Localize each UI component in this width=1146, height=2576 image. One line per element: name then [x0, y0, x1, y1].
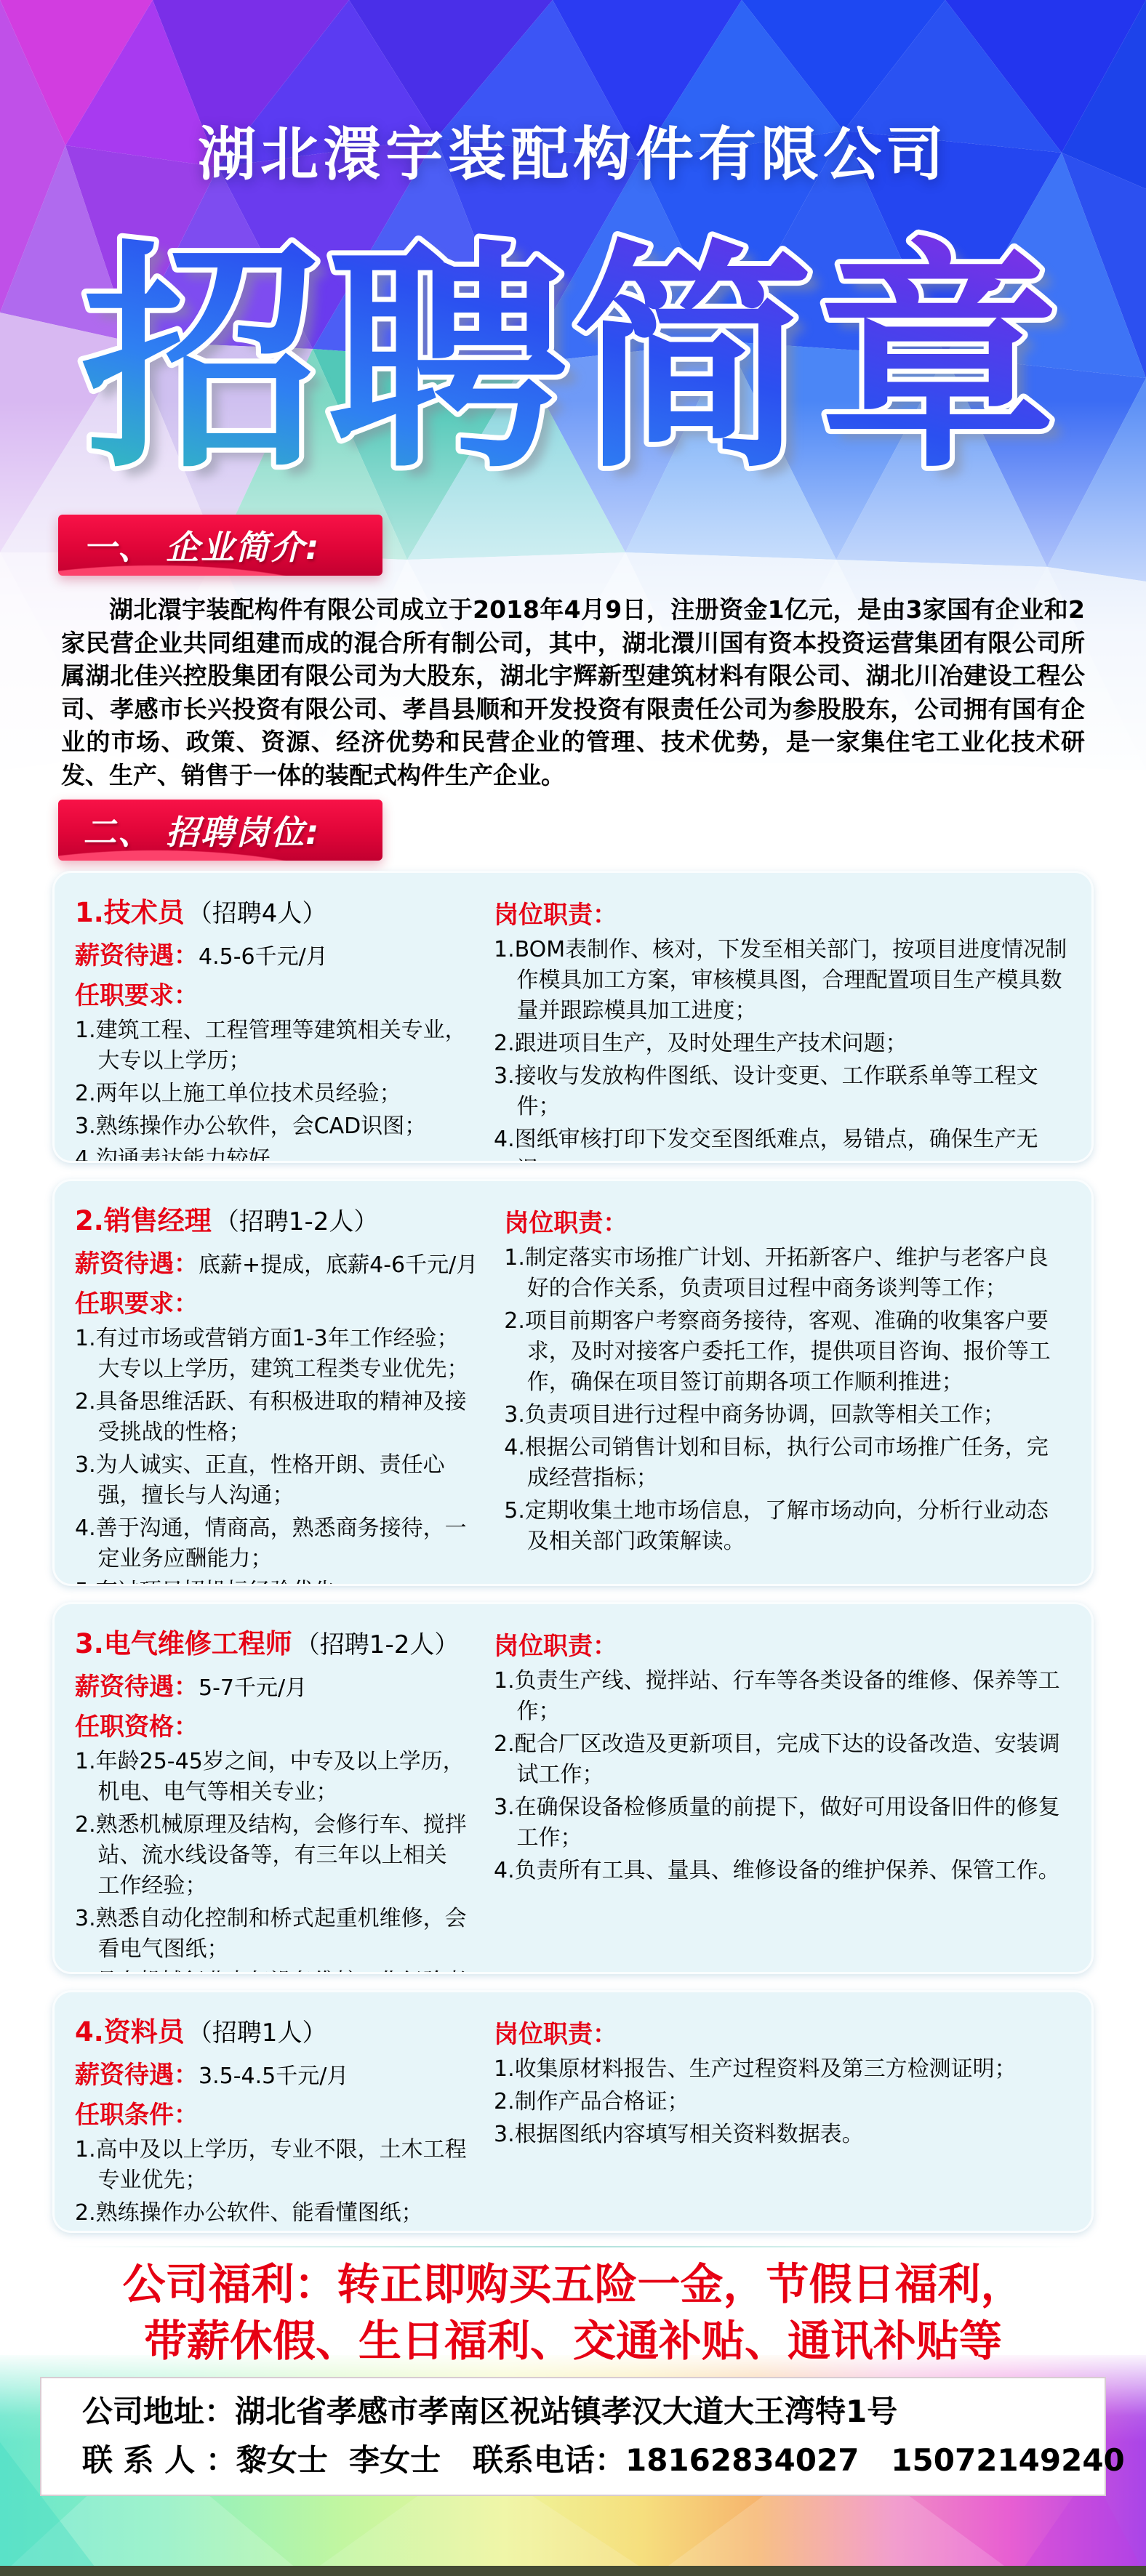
salary-value: 3.5-4.5千元/月: [199, 2064, 348, 2089]
salary-value: 5-7千元/月: [199, 1675, 307, 1701]
requirement-item: 3.熟悉自动化控制和桥式起重机维修，会看电气图纸；: [75, 1904, 468, 1965]
section-heading-intro: 一、 企业简介:: [58, 521, 320, 569]
job-title-row: 3.电气维修工程师（招聘1-2人）: [75, 1622, 468, 1661]
job-title-row: 1.技术员（招聘4人）: [75, 890, 468, 930]
requirement-item: 2.熟练操作办公软件、能看懂图纸；: [75, 2198, 468, 2229]
requirement-item: 1.有过市场或营销方面1-3年工作经验；大专以上学历，建筑工程类专业优先；: [75, 1324, 478, 1385]
salary-label: 薪资待遇：: [75, 2061, 199, 2090]
duties-label: 岗位职责：: [494, 2014, 1070, 2050]
job-card-document-clerk: 4.资料员（招聘1人） 薪资待遇：3.5-4.5千元/月 任职条件： 1.高中及…: [52, 1990, 1094, 2233]
duty-item: 3.接收与发放构件图纸、设计变更、工作联系单等工程文件；: [494, 1061, 1070, 1122]
requirements-label: 任职资格：: [75, 1707, 468, 1742]
salary-row: 薪资待遇：底薪+提成，底薪4-6千元/月: [75, 1244, 478, 1279]
duties-list: 1.制定落实市场推广计划、开拓新客户、维护与老客户良好的合作关系，负责项目过程中…: [504, 1243, 1070, 1557]
requirement-item: 2.熟悉机械原理及结构，会修行车、搅拌站、流水线设备等，有三年以上相关工作经验；: [75, 1810, 468, 1901]
duty-item: 2.制作产品合格证；: [494, 2087, 1070, 2117]
requirements-label: 任职要求：: [75, 1284, 478, 1319]
company-intro-paragraph: 湖北澴宇装配构件有限公司成立于2018年4月9日，注册资金1亿元，是由3家国有企…: [61, 593, 1085, 792]
job-duties-column: 岗位职责： 1.负责生产线、搅拌站、行车等各类设备的维修、保养等工作； 2.配合…: [494, 1622, 1070, 1959]
requirements-list: 1.有过市场或营销方面1-3年工作经验；大专以上学历，建筑工程类专业优先； 2.…: [75, 1324, 478, 1586]
requirement-item: 3.为人诚实、正直，性格开朗、责任心强，擅长与人沟通；: [75, 1450, 478, 1511]
duty-item: 3.负责项目进行过程中商务协调，回款等相关工作；: [504, 1400, 1070, 1430]
job-requirements-column: 1.技术员（招聘4人） 薪资待遇：4.5-6千元/月 任职要求： 1.建筑工程、…: [75, 890, 468, 1148]
job-card-electrical-engineer: 3.电气维修工程师（招聘1-2人） 薪资待遇：5-7千元/月 任职资格： 1.年…: [52, 1602, 1094, 1974]
contacts-line: 联 系 人 ：黎女士 李女士 联系电话：18162834027 15072149…: [82, 2436, 1105, 2484]
requirements-list: 1.年龄25-45岁之间，中专及以上学历，机电、电气等相关专业； 2.熟悉机械原…: [75, 1747, 468, 1974]
welfare-text: 公司福利：转正即购买五险一金，节假日福利， 带薪休假、生日福利、交通补贴、通讯补…: [0, 2256, 1146, 2370]
section-banner-intro: 一、 企业简介:: [58, 515, 382, 576]
duty-item: 1.制定落实市场推广计划、开拓新客户、维护与老客户良好的合作关系，负责项目过程中…: [504, 1243, 1070, 1304]
requirement-item: 1.建筑工程、工程管理等建筑相关专业，大专以上学历；: [75, 1015, 468, 1076]
job-requirements-column: 3.电气维修工程师（招聘1-2人） 薪资待遇：5-7千元/月 任职资格： 1.年…: [75, 1622, 468, 1959]
job-title: 4.资料员: [75, 2016, 185, 2048]
requirements-list: 1.建筑工程、工程管理等建筑相关专业，大专以上学历； 2.两年以上施工单位技术员…: [75, 1015, 468, 1163]
welfare-line-2: 带薪休假、生日福利、交通补贴、通讯补贴等: [0, 2313, 1146, 2370]
duty-item: 1.负责生产线、搅拌站、行车等各类设备的维修、保养等工作；: [494, 1666, 1070, 1727]
requirement-item: 4.沟通表达能力较好。: [75, 1144, 468, 1163]
duty-item: 3.在确保设备检修质量的前提下，做好可用设备旧件的修复工作；: [494, 1792, 1070, 1853]
requirement-item: 4.具有机械行业电气设备维护工作经验者和PC构件工厂经验者优先。: [75, 1967, 468, 1974]
duty-item: 4.负责所有工具、量具、维修设备的维护保养、保管工作。: [494, 1856, 1070, 1886]
main-title-art: 招聘简章 招聘简章: [0, 212, 1146, 503]
duty-item: 3.根据图纸内容填写相关资料数据表。: [494, 2120, 1070, 2150]
separator-line: [63, 2246, 1083, 2247]
duties-list: 1.负责生产线、搅拌站、行车等各类设备的维修、保养等工作； 2.配合厂区改造及更…: [494, 1666, 1070, 1886]
salary-label: 薪资待遇：: [75, 1673, 199, 1702]
requirements-label: 任职条件：: [75, 2095, 468, 2130]
job-headcount: （招聘1-2人）: [295, 1630, 460, 1659]
main-title: 招聘简章: [81, 221, 1065, 500]
requirement-item: 5.有过项目招投标经验优先。: [75, 1577, 478, 1586]
requirement-item: 3.熟练操作办公软件，会CAD识图；: [75, 1111, 468, 1142]
duty-item: 4.图纸审核打印下发交至图纸难点，易错点，确保生产无误；: [494, 1124, 1070, 1163]
requirement-item: 4.善于沟通，情商高，熟悉商务接待，一定业务应酬能力；: [75, 1513, 478, 1574]
salary-label: 薪资待遇：: [75, 1249, 199, 1279]
job-title-row: 2.销售经理（招聘1-2人）: [75, 1199, 478, 1238]
requirement-item: 2.具备思维活跃、有积极进取的精神及接受挑战的性格；: [75, 1387, 478, 1448]
job-requirements-column: 2.销售经理（招聘1-2人） 薪资待遇：底薪+提成，底薪4-6千元/月 任职要求…: [75, 1199, 478, 1571]
section-banner-jobs: 二、 招聘岗位:: [58, 800, 382, 861]
job-duties-column: 岗位职责： 1.BOM表制作、核对，下发至相关部门，按项目进度情况制作模具加工方…: [494, 890, 1070, 1148]
job-headcount: （招聘4人）: [188, 899, 327, 928]
recruitment-poster: 湖北澴宇装配构件有限公司 招聘简章 招聘简章 一、 企业简介: 湖北澴宇装配构件…: [0, 0, 1146, 2576]
duties-list: 1.收集原材料报告、生产过程资料及第三方检测证明； 2.制作产品合格证； 3.根…: [494, 2054, 1070, 2150]
duty-item: 2.跟进项目生产，及时处理生产技术问题；: [494, 1029, 1070, 1059]
salary-row: 薪资待遇：3.5-4.5千元/月: [75, 2055, 468, 2090]
salary-value: 4.5-6千元/月: [199, 944, 328, 970]
salary-row: 薪资待遇：5-7千元/月: [75, 1667, 468, 1702]
requirements-label: 任职要求：: [75, 975, 468, 1011]
job-duties-column: 岗位职责： 1.制定落实市场推广计划、开拓新客户、维护与老客户良好的合作关系，负…: [504, 1199, 1070, 1571]
job-card-technician: 1.技术员（招聘4人） 薪资待遇：4.5-6千元/月 任职要求： 1.建筑工程、…: [52, 871, 1094, 1163]
salary-row: 薪资待遇：4.5-6千元/月: [75, 935, 468, 971]
section-heading-jobs: 二、 招聘岗位:: [58, 806, 320, 854]
duty-item: 2.项目前期客户考察商务接待，客观、准确的收集客户要求，及时对接客户委托工作，提…: [504, 1306, 1070, 1398]
duty-item: 2.配合厂区改造及更新项目，完成下达的设备改造、安装调试工作；: [494, 1729, 1070, 1790]
requirements-list: 1.高中及以上学历，专业不限，土木工程专业优先； 2.熟练操作办公软件、能看懂图…: [75, 2135, 468, 2233]
duties-label: 岗位职责：: [504, 1203, 1070, 1239]
requirement-item: 1.年龄25-45岁之间，中专及以上学历，机电、电气等相关专业；: [75, 1747, 468, 1808]
job-headcount: （招聘1人）: [188, 2018, 327, 2048]
duty-item: 1.BOM表制作、核对，下发至相关部门，按项目进度情况制作模具加工方案，审核模具…: [494, 935, 1070, 1026]
job-title: 3.电气维修工程师: [75, 1628, 292, 1659]
job-card-sales-manager: 2.销售经理（招聘1-2人） 薪资待遇：底薪+提成，底薪4-6千元/月 任职要求…: [52, 1179, 1094, 1586]
duty-item: 5.定期收集土地市场信息，了解市场动向，分析行业动态及相关部门政策解读。: [504, 1496, 1070, 1557]
job-title-row: 4.资料员（招聘1人）: [75, 2010, 468, 2049]
duties-list: 1.BOM表制作、核对，下发至相关部门，按项目进度情况制作模具加工方案，审核模具…: [494, 935, 1070, 1163]
contact-box: 公司地址：湖北省孝感市孝南区祝站镇孝汉大道大王湾特1号 联 系 人 ：黎女士 李…: [40, 2377, 1106, 2496]
duty-item: 1.收集原材料报告、生产过程资料及第三方检测证明；: [494, 2054, 1070, 2085]
duties-label: 岗位职责：: [494, 1626, 1070, 1662]
job-title: 2.销售经理: [75, 1205, 212, 1236]
company-name: 湖北澴宇装配构件有限公司: [0, 108, 1146, 191]
job-headcount: （招聘1-2人）: [215, 1207, 379, 1236]
address-line: 公司地址：湖北省孝感市孝南区祝站镇孝汉大道大王湾特1号: [82, 2387, 1105, 2436]
duty-item: 4.根据公司销售计划和目标，执行公司市场推广任务，完成经营指标；: [504, 1433, 1070, 1494]
duties-label: 岗位职责：: [494, 895, 1070, 930]
salary-value: 底薪+提成，底薪4-6千元/月: [199, 1252, 478, 1278]
requirement-item: 3.适应能力、沟通能力强，做事谨慎、细心、有责任心。: [75, 2231, 468, 2233]
salary-label: 薪资待遇：: [75, 941, 199, 970]
requirement-item: 2.两年以上施工单位技术员经验；: [75, 1079, 468, 1109]
job-requirements-column: 4.资料员（招聘1人） 薪资待遇：3.5-4.5千元/月 任职条件： 1.高中及…: [75, 2010, 468, 2218]
welfare-line-1: 公司福利：转正即购买五险一金，节假日福利，: [0, 2256, 1146, 2313]
job-title: 1.技术员: [75, 897, 185, 928]
requirement-item: 1.高中及以上学历，专业不限，土木工程专业优先；: [75, 2135, 468, 2196]
job-duties-column: 岗位职责： 1.收集原材料报告、生产过程资料及第三方检测证明； 2.制作产品合格…: [494, 2010, 1070, 2218]
